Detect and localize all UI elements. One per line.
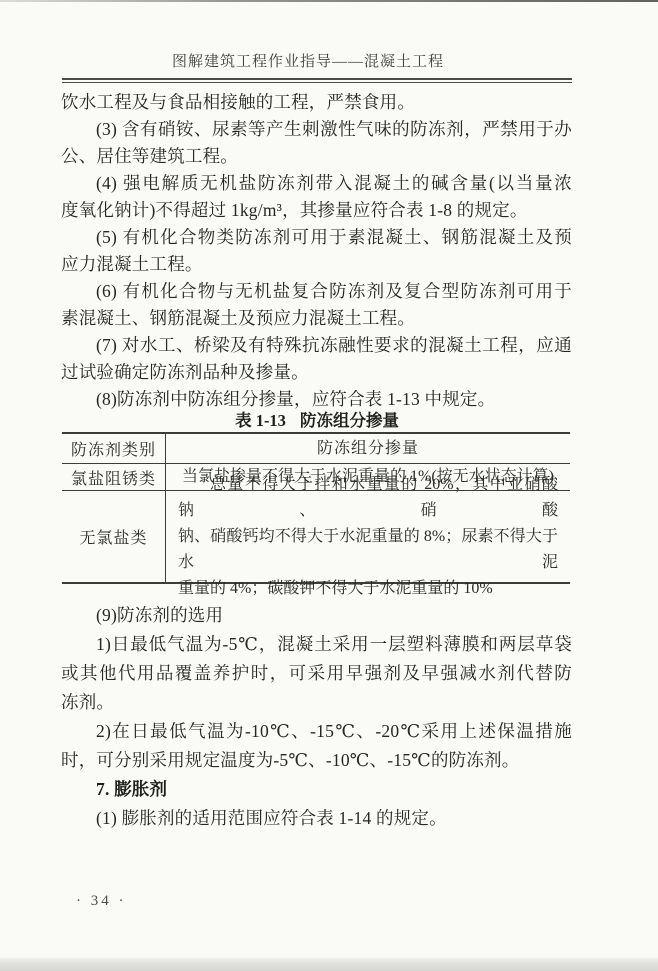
scan-edge-artifact-top xyxy=(0,0,658,2)
body-line: 公、居住等建筑工程。 xyxy=(61,143,572,170)
body-line: 过试验确定防冻剂品种及掺量。 xyxy=(61,359,572,386)
body-line: (5) 有机化合物类防冻剂可用于素混凝土、钢筋混凝土及预 xyxy=(61,224,572,251)
body-line: (4) 强电解质无机盐防冻剂带入混凝土的碱含量(以当量浓 xyxy=(61,170,572,197)
body-line: 2)在日最低气温为-10℃、-15℃、-20℃采用上述保温措施 xyxy=(61,717,572,746)
running-head-double-rule xyxy=(62,78,572,83)
table-cell-category: 氯盐阻锈类 xyxy=(62,464,166,490)
body-line: (6) 有机化合物与无机盐复合防冻剂及复合型防冻剂可用于 xyxy=(61,278,572,305)
body-line: 饮水工程及与食品相接触的工程，严禁食用。 xyxy=(61,89,572,116)
body-line: (1) 膨胀剂的适用范围应符合表 1-14 的规定。 xyxy=(61,804,572,833)
table-header-dosage: 防冻组分掺量 xyxy=(178,436,558,462)
table-caption-label: 表 1-13 xyxy=(235,411,286,430)
body-line: 1)日最低气温为-5℃，混凝土采用一层塑料薄膜和两层草袋 xyxy=(61,630,572,659)
table-header-row: 防冻剂类别 防冻组分掺量 xyxy=(62,434,570,464)
body-line: 冻剂。 xyxy=(61,688,572,717)
antifreeze-components-table: 防冻剂类别 防冻组分掺量 氯盐阻锈类 当氯盐掺量不得大于水泥重量的 1%(按无水… xyxy=(62,432,570,584)
table-header-category: 防冻剂类别 xyxy=(62,434,166,463)
body-text-block-1: 饮水工程及与食品相接触的工程，严禁食用。 (3) 含有硝铵、尿素等产生刺激性气味… xyxy=(61,89,572,413)
body-line: (3) 含有硝铵、尿素等产生刺激性气味的防冻剂，严禁用于办 xyxy=(61,116,572,143)
body-line: 应力混凝土工程。 xyxy=(61,251,572,278)
body-line: 或其他代用品覆盖养护时，可采用早强剂及早强减水剂代替防 xyxy=(61,659,572,688)
running-head-title: 图解建筑工程作业指导——混凝土工程 xyxy=(44,50,572,71)
table-cell-dosage-line: 总量不得大于拌和水重量的 20%，其中亚硝酸钠、硝酸 xyxy=(178,472,558,524)
scan-edge-artifact-bottom xyxy=(0,958,658,971)
table-cell-category: 无氯盐类 xyxy=(62,491,166,582)
body-line: (9)防冻剂的选用 xyxy=(61,601,572,630)
scanned-book-page: 图解建筑工程作业指导——混凝土工程 饮水工程及与食品相接触的工程，严禁食用。 (… xyxy=(0,0,658,971)
body-text-block-2: (9)防冻剂的选用 1)日最低气温为-5℃，混凝土采用一层塑料薄膜和两层草袋 或… xyxy=(61,601,572,833)
table-caption-title: 防冻组分掺量 xyxy=(300,411,399,430)
body-line: 素混凝土、钢筋混凝土及预应力混凝土工程。 xyxy=(61,305,572,332)
page-number: · 34 · xyxy=(76,893,127,910)
table-row: 无氯盐类 总量不得大于拌和水重量的 20%，其中亚硝酸钠、硝酸 钠、硝酸钙均不得… xyxy=(62,491,570,582)
section-heading: 7. 膨胀剂 xyxy=(61,775,572,804)
table-cell-dosage-line: 重量的 4%；碳酸钾不得大于水泥重量的 10% xyxy=(178,576,558,602)
table-cell-dosage-line: 钠、硝酸钙均不得大于水泥重量的 8%；尿素不得大于水泥 xyxy=(178,524,558,576)
table-caption: 表 1-13防冻组分掺量 xyxy=(62,407,572,431)
body-line: 度氧化钠计)不得超过 1kg/m³，其掺量应符合表 1-8 的规定。 xyxy=(61,197,572,224)
body-line: (7) 对水工、桥梁及有特殊抗冻融性要求的混凝土工程，应通 xyxy=(61,332,572,359)
body-line: 时，可分别采用规定温度为-5℃、-10℃、-15℃的防冻剂。 xyxy=(61,746,572,775)
